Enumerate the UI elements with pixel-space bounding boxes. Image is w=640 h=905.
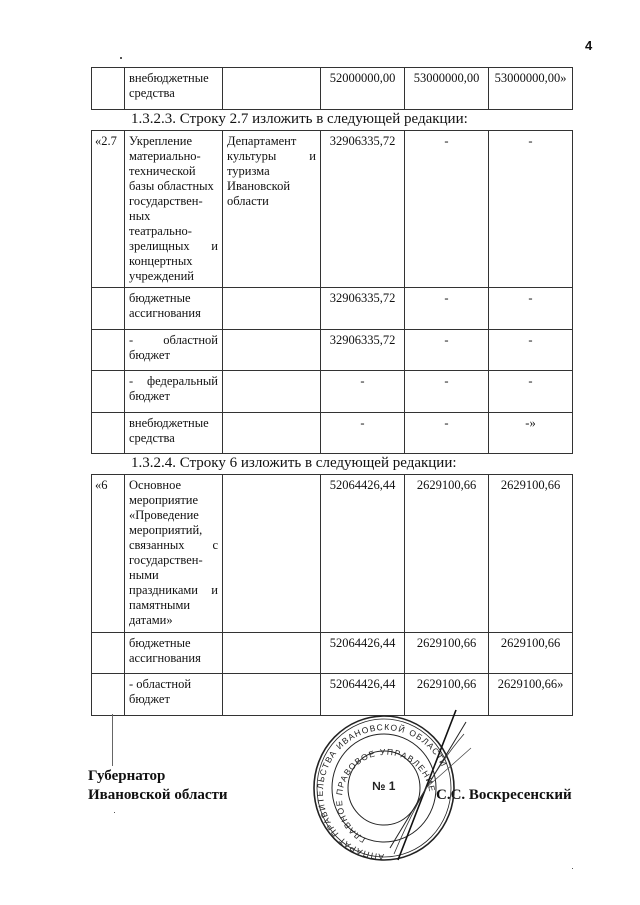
cell-value-2: - [405,371,489,413]
text-line: ных [129,209,218,224]
text-line: технической [129,164,218,179]
position-line: Губернатор [88,767,228,786]
cell-value-1: 32906335,72 [321,131,405,288]
text-line: «Проведение [129,508,218,523]
cell-value-2: - [405,413,489,454]
cell-num [92,371,125,413]
cell-value-2: - [405,288,489,330]
section-heading-6: 1.3.2.4. Строку 6 изложить в следующей р… [131,455,457,472]
text-line: ными [129,568,218,583]
svg-text:№ 1: № 1 [372,779,396,793]
text-line: туризма [227,164,316,179]
table-row-main: «6 Основное мероприятие «Проведение меро… [92,475,573,633]
text-line: концертных [129,254,218,269]
scan-line [112,714,113,766]
cell-value-3: 2629100,66 [489,633,573,674]
table-row-main: «2.7 Укрепление материально- технической… [92,131,573,288]
text-line: базы областных [129,179,218,194]
text-line: мероприятие [129,493,218,508]
text-line: Департамент [227,134,316,149]
text-line: материально- [129,149,218,164]
cell-executor [223,330,321,371]
scan-speck [120,57,122,59]
cell-value-1: - [321,371,405,413]
text-line: Основное [129,478,218,493]
cell-num [92,633,125,674]
text-line-justified: зрелищныхи [129,239,218,254]
cell-value-2: 53000000,00 [405,68,489,110]
cell-value-3: 53000000,00» [489,68,573,110]
cell-num: «2.7 [92,131,125,288]
text-line-justified: праздникамии [129,583,218,598]
text-line: области [227,194,316,209]
cell-value-3: - [489,330,573,371]
cell-value-2: 2629100,66 [405,475,489,633]
cell-name: -областной бюджет [125,330,223,371]
text-line: памятными [129,598,218,613]
text-line: театрально- [129,224,218,239]
text-line: Укрепление [129,134,218,149]
cell-value-2: - [405,131,489,288]
cell-value-3: 2629100,66» [489,674,573,716]
table-row: бюджетные ассигнования 32906335,72 - - [92,288,573,330]
cell-executor [223,68,321,110]
page-number: 4 [585,38,592,53]
cell-num [92,413,125,454]
table-row: бюджетные ассигнования 52064426,44 26291… [92,633,573,674]
cell-executor [223,413,321,454]
cell-num [92,68,125,110]
text-line: государствен- [129,194,218,209]
cell-value-3: - [489,131,573,288]
table-row: внебюджетные средства - - -» [92,413,573,454]
text-line-justified: культурыи [227,149,316,164]
table-row: -федеральный бюджет - - - [92,371,573,413]
cell-value-3: 2629100,66 [489,475,573,633]
cell-name: -федеральный бюджет [125,371,223,413]
cell-name: - областной бюджет [125,674,223,716]
cell-value-3: - [489,371,573,413]
cell-executor [223,371,321,413]
cell-value-1: 52064426,44 [321,475,405,633]
cell-value-3: - [489,288,573,330]
text-line: учреждений [129,269,218,284]
text-line: бюджет [129,389,218,404]
official-stamp-icon: АППАРАТ ПРАВИТЕЛЬСТВА ИВАНОВСКОЙ ОБЛАСТИ… [306,708,476,868]
text-line: Ивановской [227,179,316,194]
cell-num [92,674,125,716]
table-row: -областной бюджет 32906335,72 - - [92,330,573,371]
text-line: государствен- [129,553,218,568]
cell-value-1: 32906335,72 [321,330,405,371]
cell-name: внебюджетные средства [125,68,223,110]
cell-value-2: 2629100,66 [405,633,489,674]
scan-speck [572,868,573,869]
cell-name: внебюджетные средства [125,413,223,454]
cell-value-1: 52064426,44 [321,633,405,674]
text-line-justified: связанныхс [129,538,218,553]
cell-executor: Департамент культурыи туризма Ивановской… [223,131,321,288]
text-line-justified: -областной [129,333,218,348]
cell-executor [223,475,321,633]
cell-name: Укрепление материально- технической базы… [125,131,223,288]
scan-speck [114,812,115,813]
cell-value-1: 52000000,00 [321,68,405,110]
table-row-2-7: «2.7 Укрепление материально- технической… [91,130,573,454]
signatory-position: Губернатор Ивановской области [88,767,228,805]
cell-name: бюджетные ассигнования [125,288,223,330]
table-continuation: внебюджетные средства 52000000,00 530000… [91,67,573,110]
cell-name: Основное мероприятие «Проведение меропри… [125,475,223,633]
cell-executor [223,633,321,674]
table-row: внебюджетные средства 52000000,00 530000… [92,68,573,110]
cell-value-2: - [405,330,489,371]
cell-value-1: - [321,413,405,454]
position-line: Ивановской области [88,786,228,805]
cell-num [92,330,125,371]
cell-num: «6 [92,475,125,633]
cell-executor [223,288,321,330]
cell-num [92,288,125,330]
text-line: мероприятий, [129,523,218,538]
text-line-justified: -федеральный [129,374,218,389]
section-heading-2-7: 1.3.2.3. Строку 2.7 изложить в следующей… [131,111,468,128]
text-line: бюджет [129,348,218,363]
cell-value-1: 32906335,72 [321,288,405,330]
cell-value-3: -» [489,413,573,454]
text-line: датами» [129,613,218,628]
table-row-6: «6 Основное мероприятие «Проведение меро… [91,474,573,716]
cell-name: бюджетные ассигнования [125,633,223,674]
